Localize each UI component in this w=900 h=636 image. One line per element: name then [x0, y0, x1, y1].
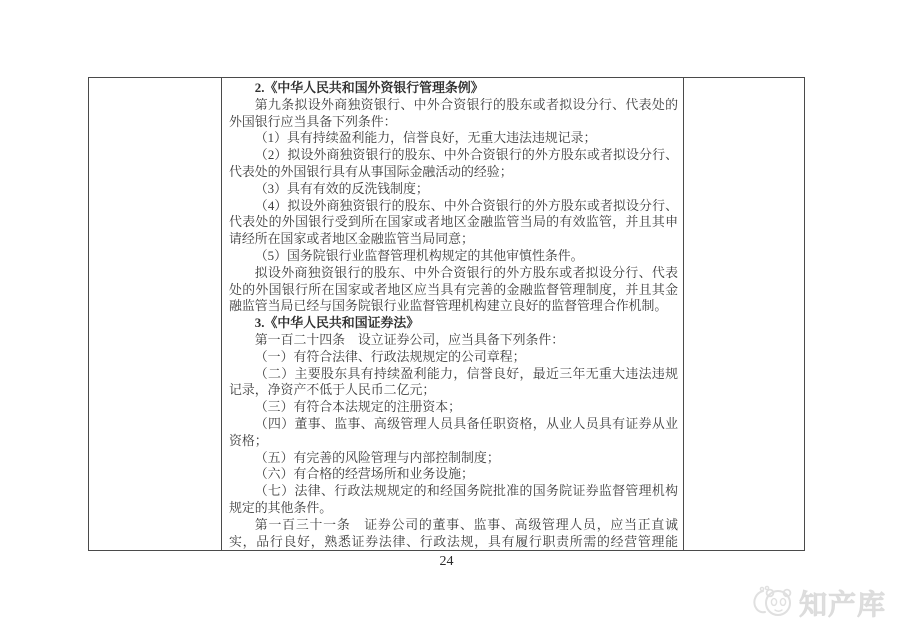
law-body-paragraph: （2）拟设外商独资银行的股东、中外合资银行的外方股东或者拟设分行、代表处的外国银…: [229, 147, 678, 181]
law-title-paragraph: 2.《中华人民共和国外资银行管理条例》: [229, 80, 678, 97]
law-body-paragraph: 第一百三十一条 证券公司的董事、监事、高级管理人员，应当正直诚实，品行良好，熟悉…: [229, 517, 678, 550]
law-body-paragraph: （三）有符合本法规定的注册资本；: [229, 399, 678, 416]
law-body-paragraph: （七）法律、行政法规规定的和经国务院批准的国务院证券监督管理机构规定的其他条件。: [229, 483, 678, 517]
panda-logo-icon: [750, 582, 796, 627]
brand-watermark: 知产库: [750, 582, 886, 627]
law-body-paragraph: （3）具有有效的反洗钱制度；: [229, 181, 678, 198]
law-reference-table: 2.《中华人民共和国外资银行管理条例》第九条拟设外商独资银行、中外合资银行的股东…: [88, 77, 805, 551]
law-body-paragraph: 第一百二十四条 设立证券公司，应当具备下列条件：: [229, 332, 678, 349]
law-body-paragraph: （5）国务院银行业监督管理机构规定的其他审慎性条件。: [229, 248, 678, 265]
table-left-empty-cell: [89, 78, 222, 550]
law-title-paragraph: 3.《中华人民共和国证券法》: [229, 315, 678, 332]
law-body-paragraph: （五）有完善的风险管理与内部控制制度；: [229, 450, 678, 467]
law-body-paragraph: （二）主要股东具有持续盈利能力，信誉良好，最近三年无重大违法违规记录，净资产不低…: [229, 366, 678, 400]
law-body-paragraph: 第九条拟设外商独资银行、中外合资银行的股东或者拟设分行、代表处的外国银行应当具备…: [229, 97, 678, 131]
brand-name: 知产库: [799, 591, 886, 619]
law-body-paragraph: （1）具有持续盈利能力，信誉良好，无重大违法违规记录；: [229, 130, 678, 147]
legal-text-cell: 2.《中华人民共和国外资银行管理条例》第九条拟设外商独资银行、中外合资银行的股东…: [222, 78, 684, 550]
law-body-paragraph: 拟设外商独资银行的股东、中外合资银行的外方股东或者拟设分行、代表处的外国银行所在…: [229, 265, 678, 315]
law-body-paragraph: （4）拟设外商独资银行的股东、中外合资银行的外方股东或者拟设分行、代表处的外国银…: [229, 198, 678, 248]
document-page: 2.《中华人民共和国外资银行管理条例》第九条拟设外商独资银行、中外合资银行的股东…: [0, 0, 900, 636]
table-right-empty-cell: [684, 78, 804, 550]
law-body-paragraph: （六）有合格的经营场所和业务设施；: [229, 466, 678, 483]
page-number: 24: [88, 554, 805, 570]
law-body-paragraph: （四）董事、监事、高级管理人员具备任职资格，从业人员具有证券从业资格；: [229, 416, 678, 450]
law-body-paragraph: （一）有符合法律、行政法规规定的公司章程；: [229, 349, 678, 366]
